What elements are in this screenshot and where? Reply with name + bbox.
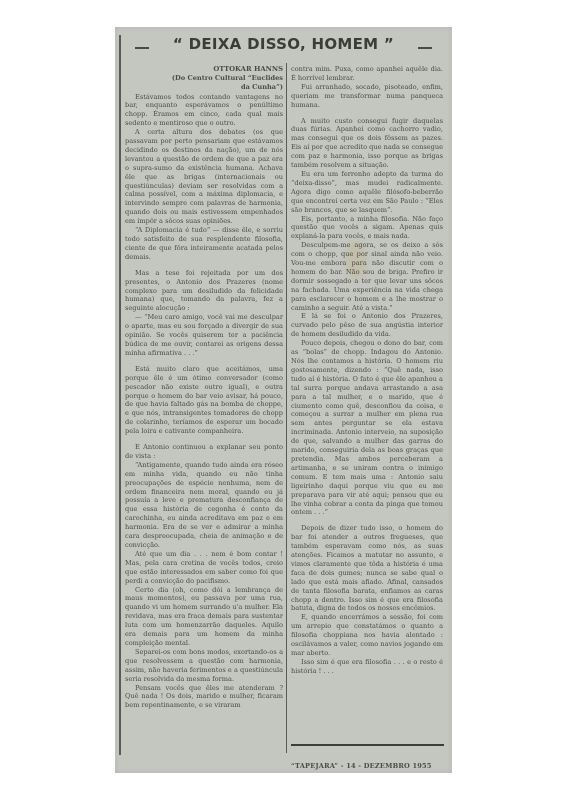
author-affiliation-2: da Cunha”) <box>125 83 283 92</box>
publication-footer: “TAPEJARA” - 14 - DEZEMBRO 1955 <box>291 762 444 770</box>
paragraph: Certo dia (oh, como dói a lembrança de m… <box>125 586 283 648</box>
paragraph: Eis, portanto, a minha filosofia. Não fa… <box>291 215 443 242</box>
paragraph: A muito custo consegui fugir daquelas du… <box>291 117 443 170</box>
left-border-rule <box>119 35 121 755</box>
paragraph: Mas a tese foi rejeitada por um dos pres… <box>125 269 283 314</box>
paragraph: “Antigamente, quando tudo ainda era róse… <box>125 461 283 550</box>
paragraph: Está muito claro que aceitámos, uma porq… <box>125 365 283 436</box>
article-title: “ DEIXA DISSO, HOMEM ” <box>115 35 452 53</box>
paragraph: contra mim. Puxa, como apanhei aquêle di… <box>291 65 443 83</box>
author-byline: OTTOKAR HANNS <box>125 65 283 74</box>
article-header: “ DEIXA DISSO, HOMEM ” <box>115 35 452 63</box>
paragraph: E Antonio continuou a explanar seu ponto… <box>125 443 283 461</box>
paragraph: Estávamos todos contando vantagens no ba… <box>125 93 283 129</box>
paragraph: “A Diplomacia é tudo” — disse êle, e sor… <box>125 226 283 262</box>
paragraph: A certa altura dos debates (os que passa… <box>125 128 283 226</box>
paragraph: Até que um dia . . . nem é bom contar ! … <box>125 550 283 586</box>
paragraph: Fui arranhado, socado, pisoteado, enfim,… <box>291 83 443 110</box>
paragraph: Desculpem-me agora, se os deixo a sós co… <box>291 241 443 312</box>
author-affiliation-1: (Do Centro Cultural “Euclides <box>125 74 283 83</box>
paragraph: Separei-os com bons modos, exortando-os … <box>125 648 283 684</box>
newspaper-clipping: “ DEIXA DISSO, HOMEM ” OTTOKAR HANNS (Do… <box>115 27 452 773</box>
paragraph: E, quando encerrámos a sessão, foi com u… <box>291 613 443 658</box>
paragraph: Eu era um ferrenho adepto da turma do “d… <box>291 170 443 215</box>
article-end-rule <box>291 744 444 746</box>
paragraph: Pensam vocês que êles me atenderam ? Quê… <box>125 684 283 711</box>
paragraph: Depois de dizer tudo isso, o homem do ba… <box>291 524 443 613</box>
left-column: OTTOKAR HANNS (Do Centro Cultural “Eucli… <box>125 65 283 710</box>
title-dash-right <box>418 47 432 49</box>
paragraph: Isso sim é que era filosofia . . . e o r… <box>291 658 443 676</box>
right-column: contra mim. Puxa, como apanhei aquêle di… <box>291 65 443 676</box>
column-divider <box>286 63 287 753</box>
paragraph: E lá se foi o Antonio dos Prazeres, curv… <box>291 312 443 339</box>
paragraph: — “Meu caro amigo, você vai me desculpar… <box>125 313 283 358</box>
paragraph: Pouco depois, chegou o dono do bar, com … <box>291 339 443 517</box>
